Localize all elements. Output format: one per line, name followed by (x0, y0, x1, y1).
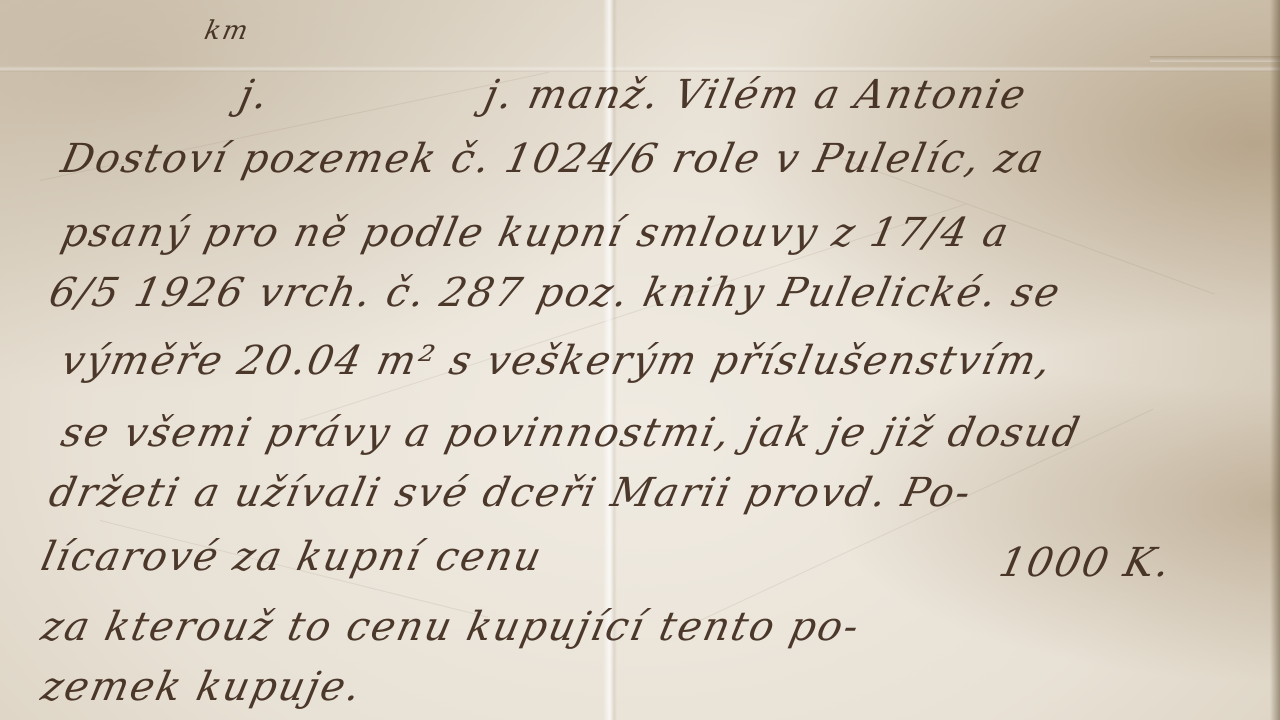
header-mark: km (202, 16, 253, 46)
handwritten-line-10: zemek kupuje. (37, 664, 366, 710)
handwritten-line-9: za kterouž to cenu kupující tento po- (37, 604, 864, 650)
handwritten-line-4: 6/5 1926 vrch. č. 287 poz. knihy Pulelic… (45, 270, 1065, 316)
paper-edge-shadow (1270, 0, 1280, 720)
handwritten-line-6: se všemi právy a povinnostmi, jak je již… (57, 410, 1085, 456)
handwritten-line-8: lícarové za kupní cenu (37, 534, 547, 580)
price-amount: 1000 K. (995, 540, 1176, 586)
handwritten-line-2: Dostoví pozemek č. 1024/6 role v Pulelíc… (57, 136, 1049, 182)
handwritten-line-5: výměře 20.04 m² s veškerým příslušenství… (57, 338, 1057, 384)
horizontal-fold-right (1150, 56, 1280, 62)
handwritten-line-1b: j. manž. Vilém a Antonie (480, 72, 1031, 118)
handwritten-line-7: držeti a užívali své dceři Marii provd. … (45, 470, 976, 516)
paper-sheet: km j. j. manž. Vilém a Antonie Dostoví p… (0, 0, 1280, 720)
handwritten-line-3: psaný pro ně podle kupní smlouvy z 17/4 … (57, 210, 1014, 256)
handwritten-line-1a: j. (235, 72, 274, 118)
